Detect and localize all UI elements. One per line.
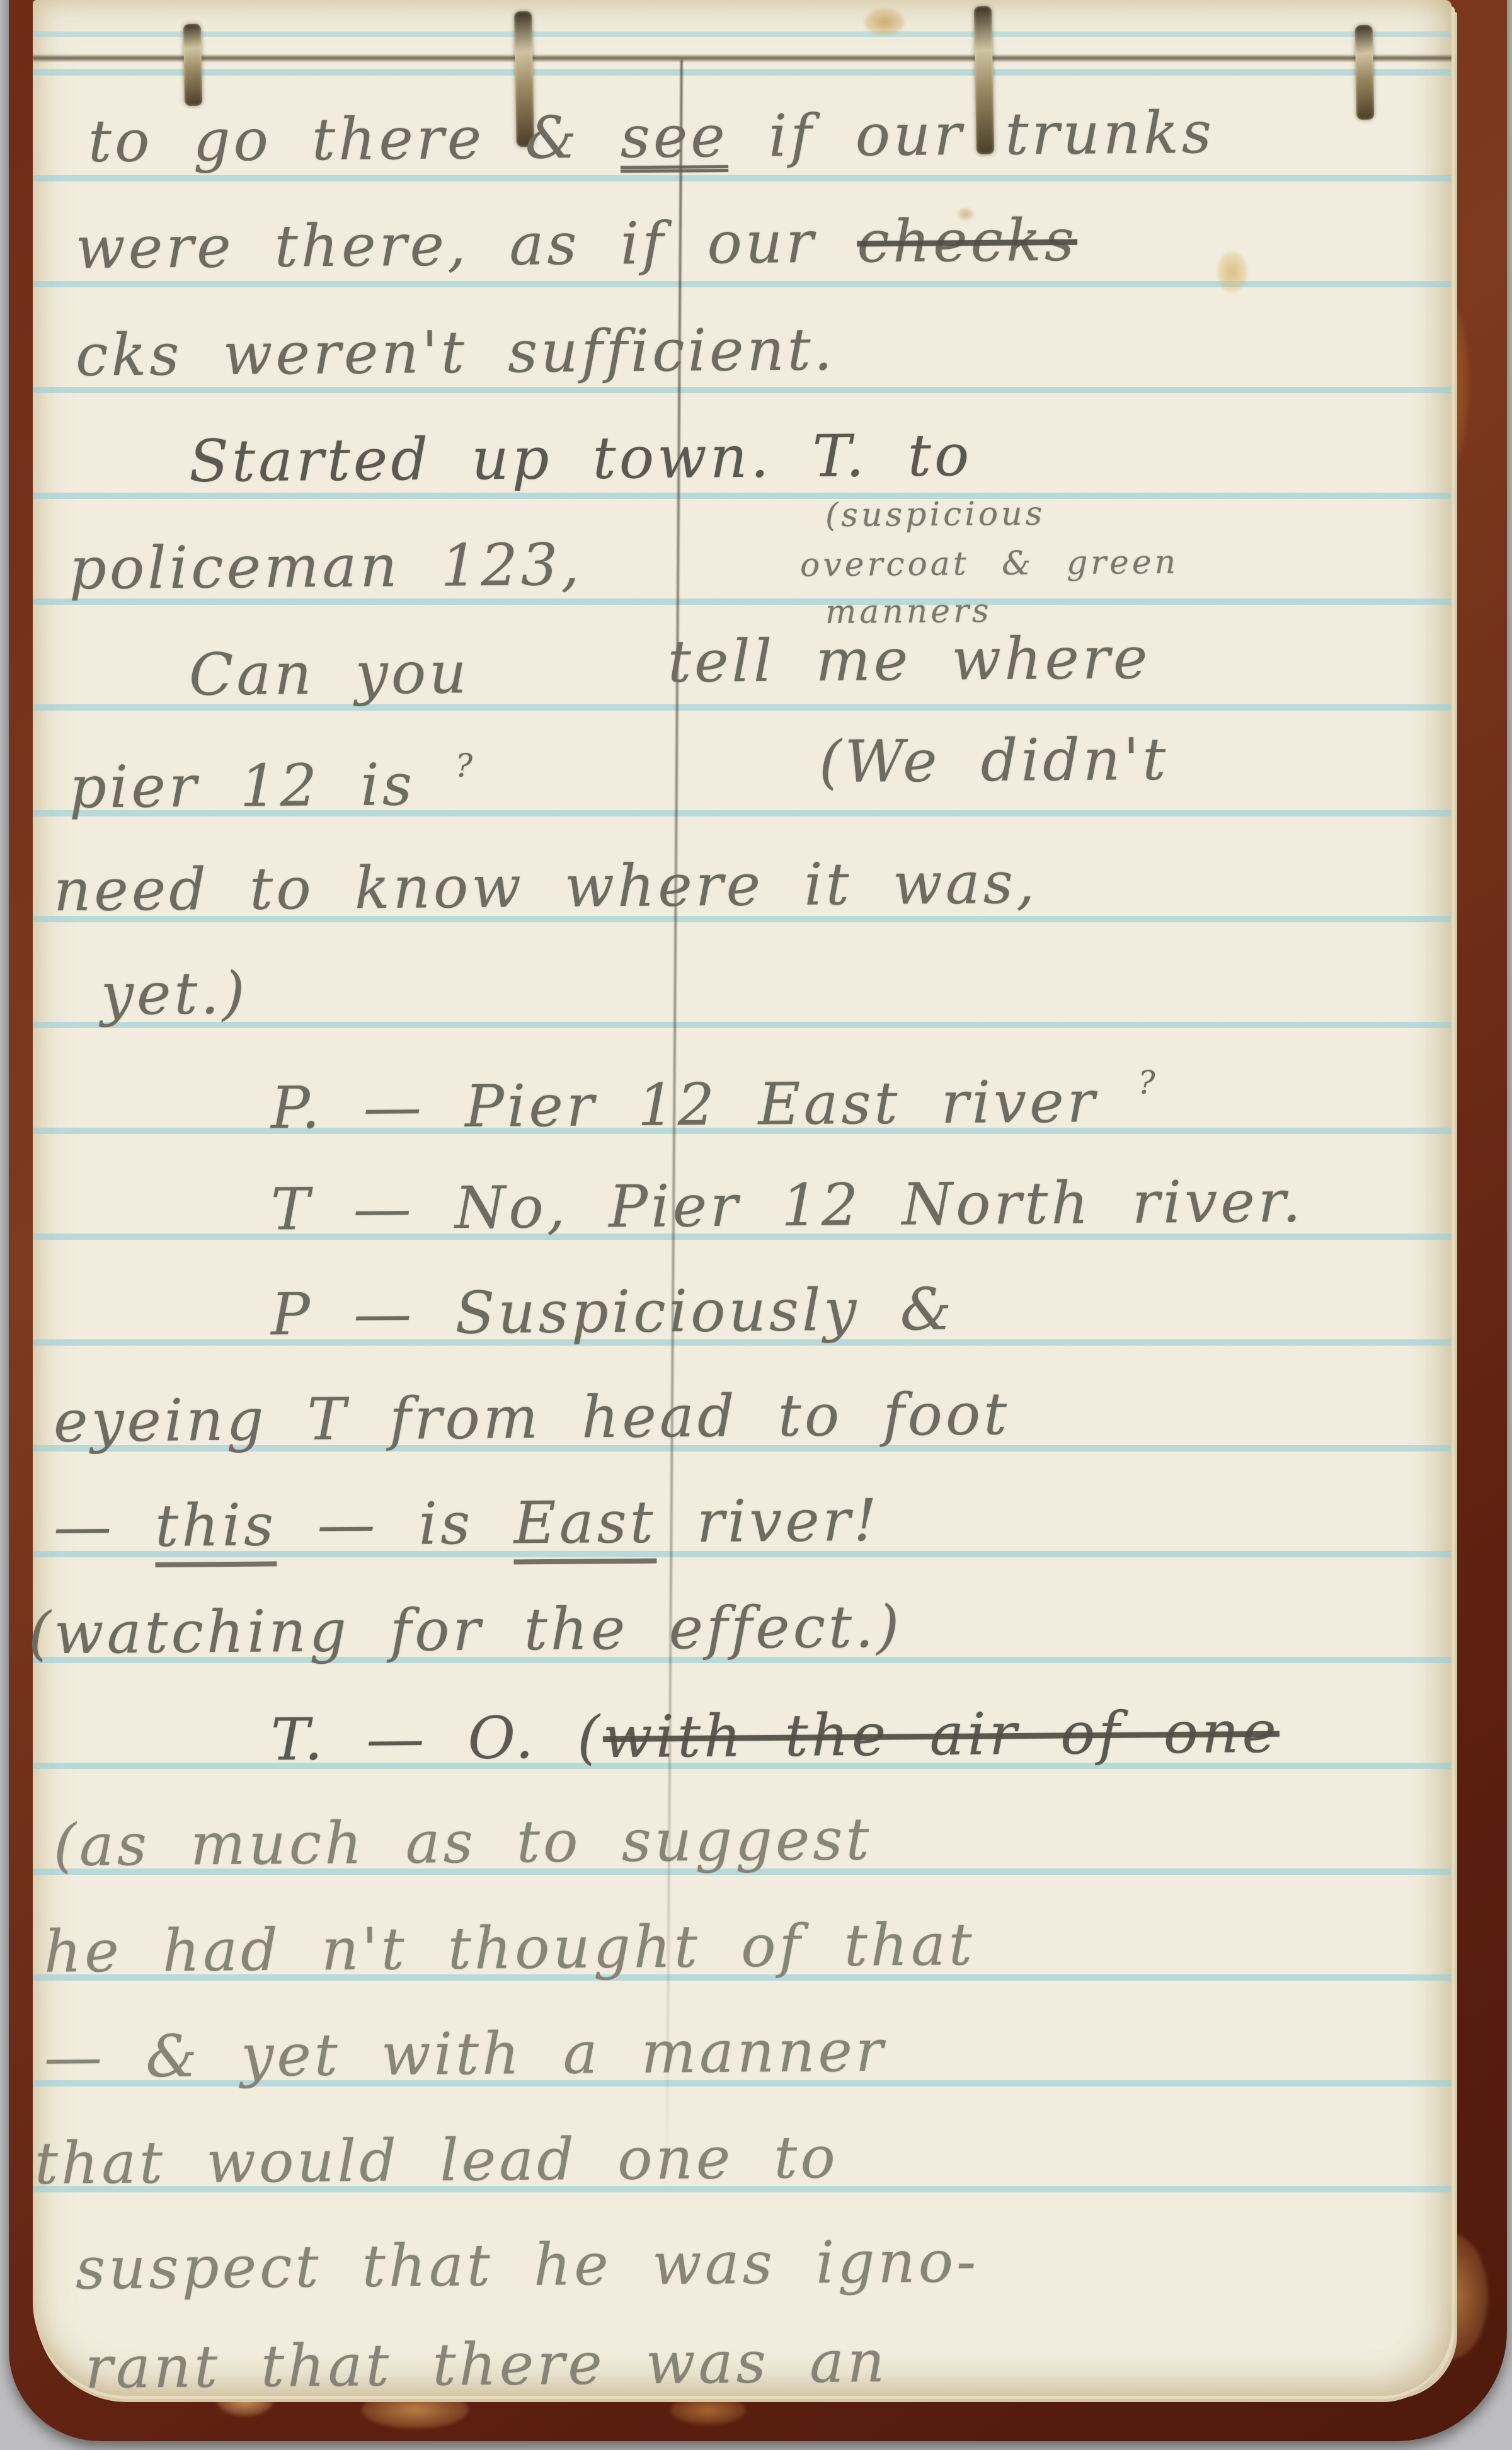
handwriting-line: T — No, Pier 12 North river.: [271, 1172, 1305, 1240]
handwriting-segment: P — Suspiciously &: [271, 1276, 955, 1349]
handwriting-line: (watching for the effect.): [28, 1597, 903, 1664]
handwriting-segment: to go there &: [88, 103, 621, 175]
handwriting-line: (as much as to suggest: [54, 1809, 873, 1876]
binding-clasp-icon: [183, 24, 202, 106]
handwriting-line: that would lead one to: [35, 2127, 839, 2194]
scanned-notebook-page: to go there & see if our trunkswere ther…: [0, 0, 1512, 2450]
paper-stain: [864, 9, 905, 35]
worn-leather-patch: [670, 2396, 746, 2425]
handwriting-segment: Started up town. T. to: [189, 421, 973, 495]
handwriting-segment: were there, as if our: [76, 209, 857, 282]
handwriting-segment: (as much as to suggest: [54, 1806, 873, 1879]
handwriting-segment: suspect that he was igno-: [76, 2228, 980, 2302]
handwriting-segment: T — No, Pier 12 North river.: [271, 1168, 1305, 1244]
handwriting-segment: (watching for the effect.): [28, 1593, 903, 1668]
fold-crease-horizontal: [33, 54, 1452, 62]
handwriting-line: policeman 123,: [69, 535, 583, 599]
handwriting-line: overcoat & green: [800, 546, 1179, 583]
handwriting-segment: see: [620, 103, 728, 171]
paper-stain: [1217, 252, 1247, 292]
handwriting-segment: pier 12 is: [69, 751, 456, 821]
handwriting-segment: with the air of one: [603, 1698, 1280, 1771]
handwriting-segment: checks: [857, 207, 1078, 276]
handwriting-line: yet.): [101, 963, 248, 1025]
handwriting-line: T. — O. (with the air of one: [271, 1702, 1280, 1770]
handwriting-line: rant that there was an: [85, 2332, 888, 2398]
handwriting-segment: (We didn't: [819, 726, 1169, 796]
handwriting-segment: — is: [277, 1489, 514, 1559]
handwriting-segment: —: [54, 1492, 156, 1560]
handwriting-line: (suspicious: [825, 497, 1046, 533]
handwriting-segment: river!: [656, 1487, 880, 1556]
handwriting-line: he had n't thought of that: [44, 1915, 976, 1982]
handwriting-segment: P. — Pier 12 East river: [271, 1068, 1139, 1142]
handwriting-line: were there, as if our checks: [76, 210, 1078, 278]
handwriting-segment: this: [155, 1491, 277, 1567]
handwriting-line: — & yet with a manner: [44, 2021, 886, 2088]
handwriting-segment: he had n't thought of that: [44, 1911, 976, 1986]
handwriting-segment: overcoat & green: [800, 544, 1179, 585]
handwriting-line: tell me where: [668, 628, 1151, 692]
handwriting-line: to go there & see if our trunks: [88, 103, 1215, 172]
handwriting-line: suspect that he was igno-: [76, 2231, 980, 2299]
handwriting-line: Started up town. T. to: [189, 425, 973, 491]
handwriting-segment: Can you: [189, 639, 470, 708]
handwriting-segment: cks weren't sufficient.: [76, 316, 836, 389]
handwriting-segment: ?: [1138, 1063, 1159, 1101]
handwriting-line: P — Suspiciously &: [271, 1279, 955, 1345]
handwriting-segment: eyeing T from head to foot: [54, 1380, 1011, 1455]
handwriting-segment: (suspicious: [825, 495, 1046, 535]
handwriting-segment: ?: [455, 747, 476, 784]
handwriting-segment: need to know where it was,: [54, 849, 1038, 924]
handwriting-line: manners: [825, 594, 992, 629]
handwriting-line: eyeing T from head to foot: [54, 1384, 1011, 1452]
handwriting-line: Can you: [189, 643, 470, 705]
handwriting-line: need to know where it was,: [54, 853, 1038, 921]
ruled-line-top: [33, 31, 1452, 37]
handwriting-segment: East: [513, 1489, 656, 1565]
handwriting-line: (We didn't: [819, 730, 1169, 793]
handwriting-segment: if our trunks: [728, 99, 1215, 170]
handwriting-line: — this — is East river!: [54, 1491, 880, 1557]
handwriting-segment: yet.): [101, 959, 248, 1028]
handwriting-segment: T. — O. (: [271, 1703, 604, 1773]
handwriting-line: P. — Pier 12 East river ?: [271, 1066, 1159, 1138]
handwriting-segment: that would lead one to: [35, 2124, 839, 2197]
handwriting-line: cks weren't sufficient.: [76, 319, 836, 386]
handwriting-segment: policeman 123,: [69, 531, 583, 602]
handwriting-segment: tell me where: [668, 624, 1151, 696]
binding-clasp-icon: [1355, 25, 1375, 120]
handwriting-segment: — & yet with a manner: [44, 2017, 887, 2091]
handwriting-line: pier 12 is ?: [69, 749, 476, 818]
handwriting-segment: rant that there was an: [85, 2328, 888, 2401]
